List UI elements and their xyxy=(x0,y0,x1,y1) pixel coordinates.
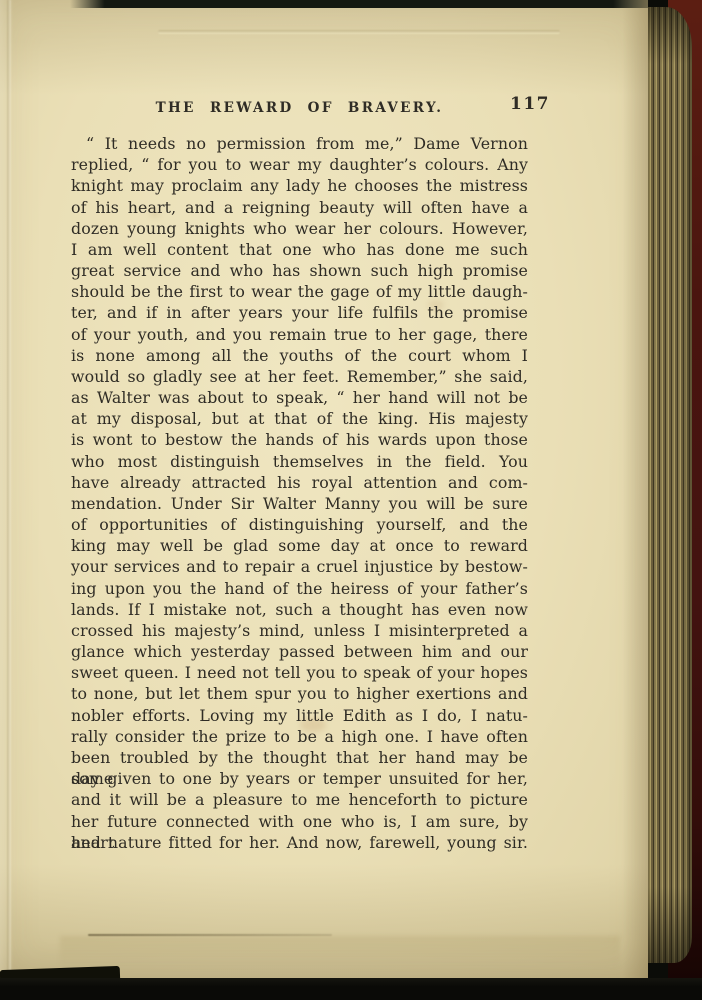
text-line: as Walter was about to speak, “ her hand… xyxy=(71,387,528,408)
underlying-leaf-edge xyxy=(158,30,560,34)
chapter-title: THE REWARD OF BRAVERY. xyxy=(156,100,444,116)
text-line: her future connected with one who is, I … xyxy=(71,811,528,832)
body-text: “ It needs no permission from me,” Dame … xyxy=(71,133,528,853)
text-line: of his heart, and a reigning beauty will… xyxy=(71,197,528,218)
text-line: ter, and if in after years your life ful… xyxy=(71,302,528,323)
text-line: great service and who has shown such hig… xyxy=(71,260,528,281)
text-line: have already attracted his royal attenti… xyxy=(71,472,528,493)
text-line: “ It needs no permission from me,” Dame … xyxy=(71,133,528,154)
text-line: knight may proclaim any lady he chooses … xyxy=(71,175,528,196)
text-line: mendation. Under Sir Walter Manny you wi… xyxy=(71,493,528,514)
text-line: nobler efforts. Loving my little Edith a… xyxy=(71,705,528,726)
text-line: of your youth, and you remain true to he… xyxy=(71,324,528,345)
page-left-crease xyxy=(7,0,11,982)
text-line: at my disposal, but at that of the king.… xyxy=(71,408,528,429)
text-line: and nature fitted for her. And now, fare… xyxy=(71,832,528,853)
text-line: been troubled by the thought that her ha… xyxy=(71,747,528,768)
text-line: lands. If I mistake not, such a thought … xyxy=(71,599,528,620)
page-bottom-shading xyxy=(60,936,620,970)
text-line: sweet queen. I need not tell you to spea… xyxy=(71,662,528,683)
book-photo: THE REWARD OF BRAVERY. 117 “ It needs no… xyxy=(0,0,702,1000)
text-line: and it will be a pleasure to me hencefor… xyxy=(71,789,528,810)
text-line: is wont to bestow the hands of his wards… xyxy=(71,429,528,450)
page-bottom-crease xyxy=(88,934,332,936)
text-line: glance which yesterday passed between hi… xyxy=(71,641,528,662)
page-number: 117 xyxy=(510,94,550,114)
text-line: dozen young knights who wear her colours… xyxy=(71,218,528,239)
text-line: would so gladly see at her feet. Remembe… xyxy=(71,366,528,387)
text-line: crossed his majesty’s mind, unless I mis… xyxy=(71,620,528,641)
text-line: to none, but let them spur you to higher… xyxy=(71,683,528,704)
book-page: THE REWARD OF BRAVERY. 117 “ It needs no… xyxy=(0,0,648,982)
text-line: rally consider the prize to be a high on… xyxy=(71,726,528,747)
photo-bottom-shadow xyxy=(0,978,702,1000)
text-line: of opportunities of distinguishing yours… xyxy=(71,514,528,535)
text-line: I am well content that one who has done … xyxy=(71,239,528,260)
text-line: your services and to repair a cruel inju… xyxy=(71,556,528,577)
book-fore-edge-pages xyxy=(641,7,692,963)
text-line: day given to one by years or temper unsu… xyxy=(71,768,528,789)
photo-top-shadow xyxy=(70,0,648,8)
text-line: king may well be glad some day at once t… xyxy=(71,535,528,556)
text-line: ing upon you the hand of the heiress of … xyxy=(71,578,528,599)
text-line: who most distinguish themselves in the f… xyxy=(71,451,528,472)
running-head: THE REWARD OF BRAVERY. 117 xyxy=(71,97,528,119)
text-line: should be the first to wear the gage of … xyxy=(71,281,528,302)
text-line: is none among all the youths of the cour… xyxy=(71,345,528,366)
text-line: replied, “ for you to wear my daughter’s… xyxy=(71,154,528,175)
